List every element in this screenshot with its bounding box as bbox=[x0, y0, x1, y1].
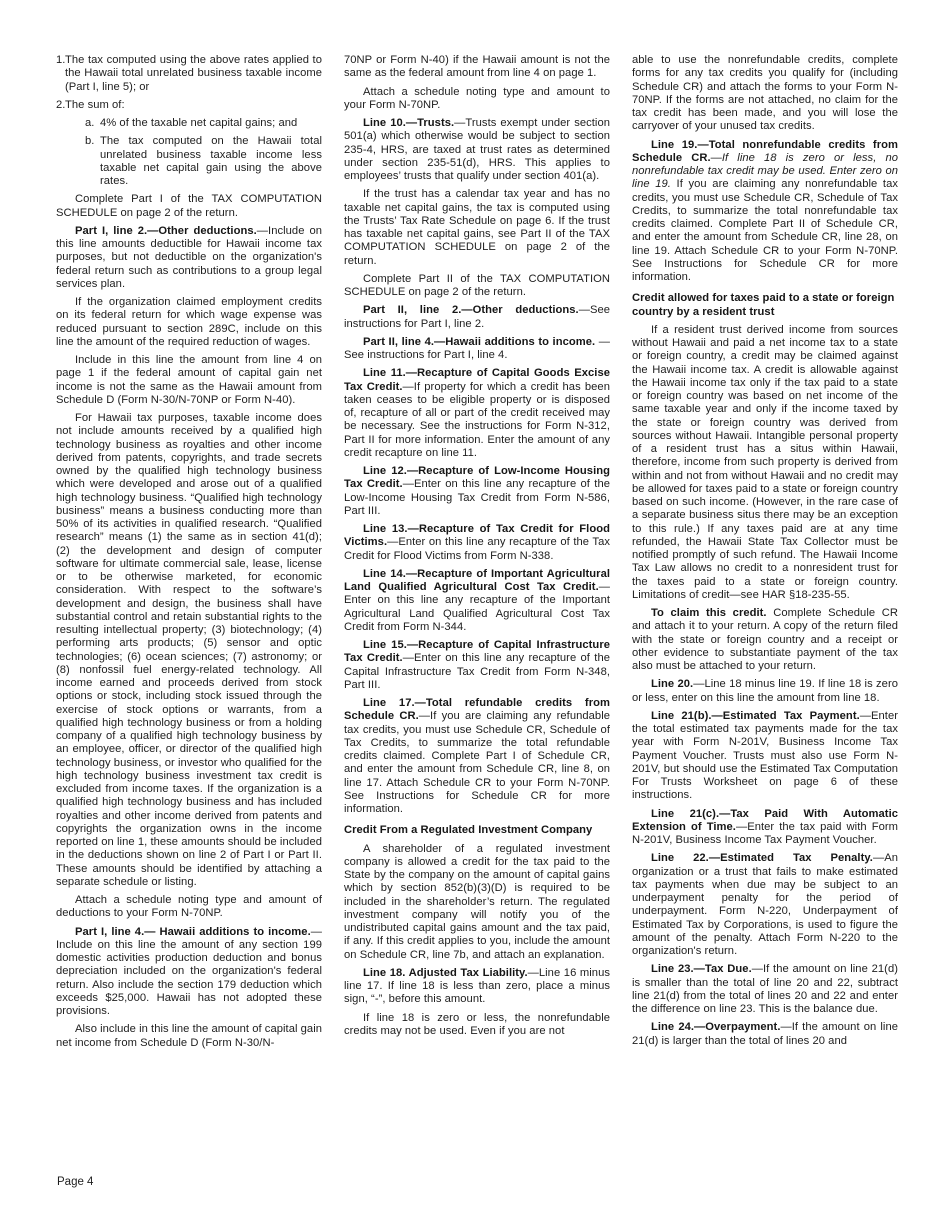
bold-run: Line 23.—Tax Due. bbox=[651, 963, 752, 975]
paragraph: Line 12.—Recapture of Low-Income Housing… bbox=[344, 465, 610, 518]
text-run: —Include on this line the amount of any … bbox=[56, 926, 322, 1018]
text-run: Also include in this line the amount of … bbox=[56, 1023, 322, 1048]
text-run: If the organization claimed employment c… bbox=[56, 296, 322, 348]
continuation-paragraph: 70NP or Form N-40) if the Hawaii amount … bbox=[344, 54, 610, 81]
text-run: If you are claiming any nonrefundable ta… bbox=[632, 178, 898, 283]
paragraph: Line 13.—Recapture of Tax Credit for Flo… bbox=[344, 523, 610, 563]
text-run: The sum of: bbox=[65, 99, 125, 111]
bold-run: Line 10.—Trusts. bbox=[363, 117, 454, 129]
bold-run: Line 22.—Estimated Tax Penalty. bbox=[651, 852, 873, 864]
section-heading: Credit From a Regulated Investment Compa… bbox=[344, 824, 610, 837]
list-item: 2.The sum of: bbox=[56, 99, 322, 112]
paragraph: Line 21(b).—Estimated Tax Payment.—Enter… bbox=[632, 710, 898, 803]
bold-run: Part II, line 4.—Hawaii additions to inc… bbox=[363, 336, 595, 348]
paragraph: To claim this credit. Complete Schedule … bbox=[632, 607, 898, 673]
continuation-paragraph: able to use the nonrefundable credits, c… bbox=[632, 54, 898, 134]
text-run: 4% of the taxable net capital gains; and bbox=[100, 117, 297, 129]
text-run: able to use the nonrefundable credits, c… bbox=[632, 54, 898, 132]
document-page: 1.The tax computed using the above rates… bbox=[0, 0, 950, 1230]
paragraph: Also include in this line the amount of … bbox=[56, 1023, 322, 1050]
column-left: 1.The tax computed using the above rates… bbox=[56, 54, 322, 1160]
text-run: —If you are claiming any refundable tax … bbox=[344, 710, 610, 815]
paragraph: Line 20.—Line 18 minus line 19. If line … bbox=[632, 678, 898, 705]
page-number: Page 4 bbox=[57, 1176, 93, 1188]
paragraph: Line 18. Adjusted Tax Liability.—Line 16… bbox=[344, 967, 610, 1007]
text-run: —An organization or a trust that fails t… bbox=[632, 852, 898, 957]
list-item: b.The tax computed on the Hawaii total u… bbox=[85, 135, 322, 188]
text-run: The tax computed using the above rates a… bbox=[65, 54, 322, 93]
paragraph: A shareholder of a regulated investment … bbox=[344, 843, 610, 962]
text-run: Include in this line the amount from lin… bbox=[56, 354, 322, 406]
text-run: A shareholder of a regulated investment … bbox=[344, 843, 610, 961]
columns: 1.The tax computed using the above rates… bbox=[56, 54, 898, 1160]
bold-run: Line 24.—Overpayment. bbox=[651, 1021, 780, 1033]
paragraph: Line 10.—Trusts.—Trusts exempt under sec… bbox=[344, 117, 610, 183]
bold-run: Line 21(b).—Estimated Tax Payment. bbox=[651, 710, 860, 722]
paragraph: Attach a schedule noting type and amount… bbox=[56, 894, 322, 921]
paragraph: Line 23.—Tax Due.—If the amount on line … bbox=[632, 963, 898, 1016]
paragraph: Part I, line 2.—Other deductions.—Includ… bbox=[56, 225, 322, 291]
list-marker: a. bbox=[85, 117, 100, 130]
text-run: 70NP or Form N-40) if the Hawaii amount … bbox=[344, 54, 610, 79]
text-run: If the trust has a calendar tax year and… bbox=[344, 188, 610, 266]
bold-run: Part I, line 4.— Hawaii additions to inc… bbox=[75, 926, 311, 938]
section-heading: Credit allowed for taxes paid to a state… bbox=[632, 292, 898, 319]
text-run: If line 18 is zero or less, the nonrefun… bbox=[344, 1012, 610, 1037]
bold-run: Credit From a Regulated Investment Compa… bbox=[344, 824, 592, 836]
paragraph: Complete Part II of the TAX COMPUTATION … bbox=[344, 273, 610, 300]
paragraph: Line 11.—Recapture of Capital Goods Exci… bbox=[344, 367, 610, 460]
list-item: 1.The tax computed using the above rates… bbox=[56, 54, 322, 94]
bold-run: Line 18. Adjusted Tax Liability. bbox=[363, 967, 528, 979]
paragraph: Line 19.—Total nonrefundable credits fro… bbox=[632, 139, 898, 285]
bold-run: Part II, line 2.—Other deductions. bbox=[363, 304, 579, 316]
list-item: a.4% of the taxable net capital gains; a… bbox=[85, 117, 322, 130]
paragraph: If the trust has a calendar tax year and… bbox=[344, 188, 610, 268]
paragraph: Line 15.—Recapture of Capital Infrastruc… bbox=[344, 639, 610, 692]
bold-run: Line 14.—Recapture of Important Agricult… bbox=[344, 568, 610, 593]
paragraph: For Hawaii tax purposes, taxable income … bbox=[56, 412, 322, 889]
paragraph: Part I, line 4.— Hawaii additions to inc… bbox=[56, 926, 322, 1019]
bold-run: Credit allowed for taxes paid to a state… bbox=[632, 292, 894, 317]
paragraph: Line 17.—Total refundable credits from S… bbox=[344, 697, 610, 816]
text-run: The tax computed on the Hawaii total unr… bbox=[100, 135, 322, 187]
column-middle: 70NP or Form N-40) if the Hawaii amount … bbox=[344, 54, 610, 1160]
text-run: If a resident trust derived income from … bbox=[632, 324, 898, 601]
paragraph: Complete Part I of the TAX COMPUTATION S… bbox=[56, 193, 322, 220]
bold-run: Line 20. bbox=[651, 678, 693, 690]
text-run: Attach a schedule noting type and amount… bbox=[344, 86, 610, 111]
text-run: Complete Part I of the TAX COMPUTATION S… bbox=[56, 193, 322, 218]
text-run: Attach a schedule noting type and amount… bbox=[56, 894, 322, 919]
paragraph: If line 18 is zero or less, the nonrefun… bbox=[344, 1012, 610, 1039]
paragraph: Part II, line 2.—Other deductions.—See i… bbox=[344, 304, 610, 331]
bold-run: To claim this credit. bbox=[651, 607, 767, 619]
paragraph: If the organization claimed employment c… bbox=[56, 296, 322, 349]
text-run: —Enter the total estimated tax payments … bbox=[632, 710, 898, 802]
paragraph: If a resident trust derived income from … bbox=[632, 324, 898, 602]
paragraph: Line 21(c).—Tax Paid With Automatic Exte… bbox=[632, 808, 898, 848]
paragraph: Line 24.—Overpayment.—If the amount on l… bbox=[632, 1021, 898, 1048]
paragraph: Line 14.—Recapture of Important Agricult… bbox=[344, 568, 610, 634]
bold-run: Part I, line 2.—Other deductions. bbox=[75, 225, 257, 237]
text-run: Complete Part II of the TAX COMPUTATION … bbox=[344, 273, 610, 298]
text-run: For Hawaii tax purposes, taxable income … bbox=[56, 412, 322, 888]
list-marker: b. bbox=[85, 135, 100, 148]
paragraph: Include in this line the amount from lin… bbox=[56, 354, 322, 407]
paragraph: Part II, line 4.—Hawaii additions to inc… bbox=[344, 336, 610, 363]
list-marker: 1. bbox=[56, 54, 65, 67]
paragraph: Line 22.—Estimated Tax Penalty.—An organ… bbox=[632, 852, 898, 958]
list-marker: 2. bbox=[56, 99, 65, 112]
paragraph: Attach a schedule noting type and amount… bbox=[344, 86, 610, 113]
column-right: able to use the nonrefundable credits, c… bbox=[632, 54, 898, 1160]
